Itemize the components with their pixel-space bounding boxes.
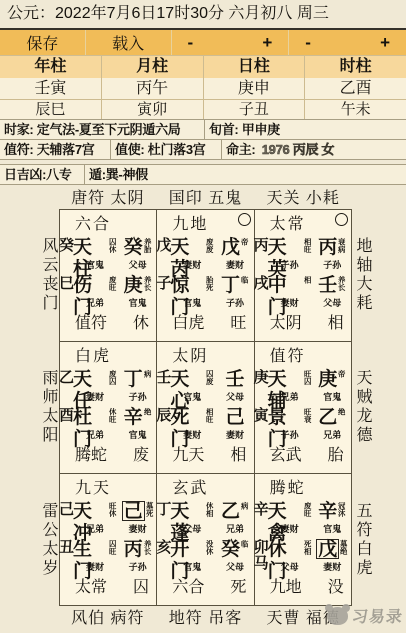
zhifu-info: 值符: 天辅落7宫: [0, 140, 111, 159]
state-annotation: 临: [241, 541, 248, 548]
star: 天任废 囚妻财: [73, 368, 117, 406]
relation-label: 官鬼: [129, 298, 147, 308]
palace-cell-7[interactable]: 九天己天冲旺 休兄弟己墓 死妻财丑生门囚 旺妻财丙养 长子孙太常囚: [60, 474, 156, 605]
star: 天心囚 废官鬼: [170, 368, 214, 406]
state-annotation: 墓 绝: [340, 541, 347, 555]
earth-stem-char: 壬: [318, 274, 337, 296]
earth-stem-char: 乙: [318, 406, 337, 428]
state-annotation: 胎 死: [206, 277, 213, 291]
info-row-1: 时家: 定气法-夏至下元阴遁六局 旬首: 甲申庚: [0, 120, 406, 140]
earth-stem-char: 丙: [124, 538, 143, 560]
pillar-stems: 乙酉: [305, 78, 406, 99]
relation-label: 子孙: [281, 430, 299, 440]
door-char: 惊门: [170, 274, 205, 318]
door: 惊门胎 死官鬼: [170, 274, 214, 312]
decrease-button-1[interactable]: -: [188, 30, 194, 55]
cell-line: 巳伤门废 旺兄弟庚养 长官鬼: [73, 274, 156, 312]
palace-cell-6[interactable]: 值符庚天辅旺 囚兄弟庚帝官鬼寅景门旺 衰子孙乙绝兄弟玄武胎: [255, 342, 351, 473]
bottom-god-state: 旺: [230, 314, 246, 333]
door-char: 中门: [268, 274, 303, 318]
bottom-god-state: 休: [133, 314, 149, 333]
cell-line: 子惊门胎 死官鬼丁临子孙: [170, 274, 253, 312]
pillar-branches: 寅卯: [102, 99, 203, 119]
datetime-bar: 公元：2022年7月6日17时30分 六月初八 周三: [0, 0, 406, 30]
relation-label: 父母: [183, 524, 201, 534]
palace-side-char: 子: [155, 275, 172, 291]
cell-line: 壬天心囚 废官鬼壬父母: [170, 368, 253, 406]
state-annotation: 养 胎: [144, 239, 151, 253]
earth-stem: 丙养 长子孙: [119, 538, 156, 576]
qimen-dunjia-app: 公元：2022年7月6日17时30分 六月初八 周三 保存 载入 - + - +…: [0, 0, 406, 633]
outer-gods-bottom-row: 风伯 病符 地符 吊客 天曹 福德: [59, 609, 352, 629]
bottom-god-state: 相: [230, 446, 246, 465]
mingzhu-value: 1976 丙辰 女: [262, 142, 334, 157]
earth-stem: 辛绝官鬼: [119, 406, 156, 444]
top-god-name: 太阴: [172, 347, 253, 368]
earth-stem-char: 庚: [124, 274, 143, 296]
state-annotation: 帝: [241, 239, 248, 246]
outer-gods-right-column: 地轴大耗 天贼龙德 五符白虎: [352, 209, 406, 606]
palace-side-char: 壬: [155, 369, 172, 385]
state-annotation: 旺 衰: [304, 409, 311, 423]
state-annotation: 休 相: [206, 503, 213, 517]
relation-label: 官鬼: [323, 392, 341, 402]
cell-line: 戌中门相妻财壬养 长父母: [268, 274, 351, 312]
increase-button-1[interactable]: +: [262, 30, 272, 55]
outer-god-label-top-2: 国印 五鬼: [157, 189, 255, 209]
outer-gods-left-column: 风云丧门 雨师太阳 雷公太岁: [0, 209, 59, 606]
heaven-stem-char: 己: [122, 501, 145, 521]
relation-label: 妻财: [281, 524, 299, 534]
state-annotation: 废 旺: [304, 503, 311, 517]
state-annotation: 绝: [338, 409, 345, 416]
pillar-branches: 子丑: [204, 99, 305, 119]
heaven-stem-char: 丙: [318, 236, 337, 258]
pillar-title: 时柱: [305, 56, 406, 78]
relation-label: 兄弟: [86, 430, 104, 440]
door: 生门囚 旺妻财: [73, 538, 117, 576]
cell-line: 卯 马休门死 相父母戊墓 绝妻财: [268, 538, 351, 576]
outer-god-label-top-1: 唐符 太阴: [59, 189, 157, 209]
door: 中门相妻财: [268, 274, 312, 312]
cell-line: 己天冲旺 休兄弟己墓 死妻财: [73, 500, 156, 538]
state-annotation: 病: [144, 371, 151, 378]
earth-stem-char: 戊: [316, 539, 339, 559]
day-pillar-column: 日柱 庚申 子丑: [204, 56, 306, 119]
star: 天禽废 旺妻财: [268, 500, 312, 538]
state-annotation: 绝: [144, 409, 151, 416]
bottom-god-state: 废: [133, 446, 149, 465]
state-annotation: 养 长: [144, 277, 151, 291]
cell-line: 乙天任废 囚妻财丁病子孙: [73, 368, 156, 406]
heaven-stem: 戊帝妻财: [216, 236, 253, 274]
door-char: 生门: [73, 538, 108, 582]
outer-god-label-left-3: 雷公太岁: [40, 502, 57, 578]
earth-stem: 己妻财: [216, 406, 253, 444]
top-god-name: 六合: [75, 215, 156, 236]
cell-line: 丁天蓬休 相父母乙病兄弟: [170, 500, 253, 538]
palace-side-char: 卯 马: [253, 539, 270, 571]
cell-line: 辛天禽废 旺妻财辛冠 沐官鬼: [268, 500, 351, 538]
relation-label: 子孙: [323, 260, 341, 270]
heaven-stem: 癸养 胎父母: [119, 236, 156, 274]
palace-side-char: 丑: [58, 539, 75, 555]
palace-grid: 六合癸天柱囚 休官鬼癸养 胎父母巳伤门废 旺兄弟庚养 长官鬼值符休九地戊天芮废 …: [59, 209, 352, 606]
door-char: 开门: [170, 538, 205, 582]
palace-side-char: 辛: [253, 501, 270, 517]
pillar-title: 月柱: [102, 56, 203, 78]
circle-marker-icon: [238, 213, 251, 226]
door: 杜门休 旺兄弟: [73, 406, 117, 444]
state-annotation: 冠 沐: [338, 503, 345, 517]
panda-logo-icon: [327, 607, 348, 625]
chart-middle-section: 风云丧门 雨师太阳 雷公太岁 六合癸天柱囚 休官鬼癸养 胎父母巳伤门废 旺兄弟庚…: [0, 209, 406, 606]
load-button[interactable]: 载入: [86, 30, 172, 55]
bottom-god-state: 死: [230, 578, 246, 597]
relation-label: 妻财: [226, 260, 244, 270]
top-god-name: 白虎: [75, 347, 156, 368]
state-annotation: 没 休: [206, 541, 213, 555]
relation-label: 父母: [226, 562, 244, 572]
relation-label: 妻财: [86, 392, 104, 402]
earth-stem: 戊墓 绝妻财: [314, 538, 351, 576]
state-annotation: 囚 旺: [109, 541, 116, 555]
outer-god-label-bottom-1: 风伯 病符: [59, 609, 157, 629]
earth-stem-char: 己: [225, 406, 244, 428]
relation-label: 官鬼: [86, 260, 104, 270]
hour-pillar-column: 时柱 乙酉 午未: [305, 56, 406, 119]
info-row-3: 日吉凶:八专 遁:巽-神假: [0, 164, 406, 185]
relation-label: 妻财: [129, 524, 147, 534]
dun-info: 遁:巽-神假: [85, 165, 406, 184]
relation-label: 子孙: [129, 562, 147, 572]
door: 休门死 相父母: [268, 538, 312, 576]
palace-cell-4[interactable]: 白虎乙天任废 囚妻财丁病子孙酉杜门休 旺兄弟辛绝官鬼腾蛇废: [60, 342, 156, 473]
pillar-stems: 庚申: [204, 78, 305, 99]
palace-side-char: 癸: [58, 237, 75, 253]
mingzhu-label: 命主:: [226, 142, 255, 157]
increase-button-2[interactable]: +: [380, 30, 390, 55]
outer-god-label-right-3: 五符白虎: [354, 502, 371, 578]
earth-stem-char: 癸: [221, 538, 240, 560]
zhishi-info: 值使: 杜门落3宫: [111, 140, 222, 159]
state-annotation: 相 旺: [304, 239, 311, 253]
earth-stem: 丁临子孙: [216, 274, 253, 312]
relation-label: 妻财: [183, 430, 201, 440]
state-annotation: 养 长: [338, 277, 345, 291]
heaven-stem: 丙衰 病子孙: [314, 236, 351, 274]
pillar-title: 日柱: [204, 56, 305, 78]
relation-label: 父母: [226, 392, 244, 402]
watermark: 习易录: [327, 604, 403, 627]
state-annotation: 囚 废: [206, 371, 213, 385]
bottom-god-state: 相: [328, 314, 344, 333]
top-god-name: 九天: [75, 479, 156, 500]
earth-stem: 壬养 长父母: [314, 274, 351, 312]
outer-god-label-top-3: 天关 小耗: [254, 189, 352, 209]
shijia-info: 时家: 定气法-夏至下元阴遁六局: [0, 120, 205, 139]
earth-stem-char: 丁: [221, 274, 240, 296]
door-char: 杜门: [73, 406, 108, 450]
state-annotation: 养 长: [144, 541, 151, 555]
heaven-stem-char: 辛: [318, 500, 337, 522]
heaven-stem-char: 壬: [225, 368, 244, 390]
door: 死门相 旺妻财: [170, 406, 214, 444]
star: 天芮废 废妻财: [170, 236, 214, 274]
heaven-stem: 己墓 死妻财: [119, 500, 156, 538]
heaven-stem-char: 庚: [318, 368, 337, 390]
palace-cell-1[interactable]: 六合癸天柱囚 休官鬼癸养 胎父母巳伤门废 旺兄弟庚养 长官鬼值符休: [60, 210, 156, 341]
relation-label: 子孙: [281, 260, 299, 270]
earth-stem: 乙绝兄弟: [314, 406, 351, 444]
outer-god-label-bottom-2: 地符 吊客: [157, 609, 255, 629]
palace-cell-3[interactable]: 太常丙天英相 旺子孙丙衰 病子孙戌中门相妻财壬养 长父母太阴相: [255, 210, 351, 341]
bottom-god-state: 没: [328, 578, 344, 597]
heaven-stem: 辛冠 沐官鬼: [314, 500, 351, 538]
xunshou-info: 旬首: 甲申庚: [205, 120, 406, 139]
palace-cell-5[interactable]: 太阴壬天心囚 废官鬼壬父母辰死门相 旺妻财己妻财九天相: [157, 342, 253, 473]
bottom-god-state: 胎: [328, 446, 344, 465]
relation-label: 妻财: [226, 430, 244, 440]
state-annotation: 相: [304, 277, 311, 284]
mingzhu-info: 命主: 1976 丙辰 女: [222, 140, 406, 159]
state-annotation: 旺 休: [109, 503, 116, 517]
cell-line: 亥开门没 休官鬼癸临父母: [170, 538, 253, 576]
palace-side-char: 巳: [58, 275, 75, 291]
relation-label: 兄弟: [86, 298, 104, 308]
relation-label: 妻财: [323, 562, 341, 572]
star: 天柱囚 休官鬼: [73, 236, 117, 274]
door-char: 景门: [268, 406, 303, 450]
state-annotation: 死 相: [304, 541, 311, 555]
font-size-control-1: - +: [172, 30, 290, 55]
palace-side-char: 丙: [253, 237, 270, 253]
palace-side-char: 寅: [253, 407, 270, 423]
rijixiong-info: 日吉凶:八专: [0, 165, 85, 184]
state-annotation: 囚 休: [109, 239, 116, 253]
palace-side-char: 己: [58, 501, 75, 517]
cell-line: 戊天芮废 废妻财戊帝妻财: [170, 236, 253, 274]
palace-side-char: 丁: [155, 501, 172, 517]
top-god-name: 玄武: [172, 479, 253, 500]
heaven-stem-char: 乙: [221, 500, 240, 522]
relation-label: 父母: [129, 260, 147, 270]
heaven-stem-char: 丁: [124, 368, 143, 390]
relation-label: 父母: [323, 298, 341, 308]
state-annotation: 废 囚: [109, 371, 116, 385]
relation-label: 官鬼: [183, 562, 201, 572]
heaven-stem: 乙病兄弟: [216, 500, 253, 538]
circle-marker-icon: [335, 213, 348, 226]
top-god-name: 值符: [270, 347, 351, 368]
relation-label: 子孙: [129, 392, 147, 402]
top-god-name: 腾蛇: [270, 479, 351, 500]
relation-label: 子孙: [226, 298, 244, 308]
relation-label: 官鬼: [183, 392, 201, 402]
heaven-stem: 庚帝官鬼: [314, 368, 351, 406]
palace-cell-8[interactable]: 玄武丁天蓬休 相父母乙病兄弟亥开门没 休官鬼癸临父母六合死: [157, 474, 253, 605]
state-annotation: 衰 病: [338, 239, 345, 253]
pillar-stems: 壬寅: [0, 78, 101, 99]
relation-label: 父母: [281, 562, 299, 572]
earth-stem-char: 辛: [124, 406, 143, 428]
star: 天英相 旺子孙: [268, 236, 312, 274]
heaven-stem: 壬父母: [216, 368, 253, 406]
door-char: 休门: [268, 538, 303, 582]
cell-line: 酉杜门休 旺兄弟辛绝官鬼: [73, 406, 156, 444]
state-annotation: 墓 死: [146, 503, 153, 517]
font-size-control-2: - +: [289, 30, 406, 55]
palace-side-char: 酉: [58, 407, 75, 423]
outer-god-label-right-2: 天贼龙德: [354, 369, 371, 445]
cell-line: 寅景门旺 衰子孙乙绝兄弟: [268, 406, 351, 444]
earth-stem: 癸临父母: [216, 538, 253, 576]
relation-label: 兄弟: [226, 524, 244, 534]
pillar-stems: 丙午: [102, 78, 203, 99]
outer-god-label-left-1: 风云丧门: [40, 237, 57, 313]
star: 天蓬休 相父母: [170, 500, 214, 538]
door: 开门没 休官鬼: [170, 538, 214, 576]
year-pillar-column: 年柱 壬寅 辰巳: [0, 56, 102, 119]
month-pillar-column: 月柱 丙午 寅卯: [102, 56, 204, 119]
pillar-branches: 辰巳: [0, 99, 101, 119]
state-annotation: 相 旺: [206, 409, 213, 423]
outer-gods-top-row: 唐符 太阴 国印 五鬼 天关 小耗: [59, 189, 352, 209]
info-row-2: 值符: 天辅落7宫 值使: 杜门落3宫 命主: 1976 丙辰 女: [0, 140, 406, 160]
palace-side-char: 戊: [155, 237, 172, 253]
heaven-stem-char: 戊: [221, 236, 240, 258]
cell-line: 丑生门囚 旺妻财丙养 长子孙: [73, 538, 156, 576]
heaven-stem-char: 癸: [124, 236, 143, 258]
earth-stem: 庚养 长官鬼: [119, 274, 156, 312]
outer-god-label-left-2: 雨师太阳: [40, 369, 57, 445]
palace-side-char: 戌: [253, 275, 270, 291]
palace-side-char: 乙: [58, 369, 75, 385]
bottom-god-state: 囚: [133, 578, 149, 597]
palace-side-char: 辰: [155, 407, 172, 423]
relation-label: 妻财: [281, 298, 299, 308]
cell-line: 辰死门相 旺妻财己妻财: [170, 406, 253, 444]
heaven-stem: 丁病子孙: [119, 368, 156, 406]
pillar-branches: 午未: [305, 99, 406, 119]
palace-side-char: 亥: [155, 539, 172, 555]
cell-line: 丙天英相 旺子孙丙衰 病子孙: [268, 236, 351, 274]
relation-label: 兄弟: [281, 392, 299, 402]
state-annotation: 废 废: [206, 239, 213, 253]
relation-label: 妻财: [183, 260, 201, 270]
outer-god-label-right-1: 地轴大耗: [354, 237, 371, 313]
star: 天冲旺 休兄弟: [73, 500, 117, 538]
relation-label: 官鬼: [183, 298, 201, 308]
state-annotation: 病: [241, 503, 248, 510]
watermark-text: 习易录: [351, 604, 404, 627]
state-annotation: 休 旺: [109, 409, 116, 423]
toolbar: 保存 载入 - + - +: [0, 30, 406, 56]
door: 景门旺 衰子孙: [268, 406, 312, 444]
relation-label: 兄弟: [323, 430, 341, 440]
palace-side-char: 庚: [253, 369, 270, 385]
relation-label: 妻财: [86, 562, 104, 572]
star: 天辅旺 囚兄弟: [268, 368, 312, 406]
palace-cell-2[interactable]: 九地戊天芮废 废妻财戊帝妻财子惊门胎 死官鬼丁临子孙白虎旺: [157, 210, 253, 341]
state-annotation: 废 旺: [109, 277, 116, 291]
door: 伤门废 旺兄弟: [73, 274, 117, 312]
relation-label: 官鬼: [129, 430, 147, 440]
cell-line: 庚天辅旺 囚兄弟庚帝官鬼: [268, 368, 351, 406]
relation-label: 兄弟: [86, 524, 104, 534]
door-char: 死门: [170, 406, 205, 450]
cell-line: 癸天柱囚 休官鬼癸养 胎父母: [73, 236, 156, 274]
four-pillars-table: 年柱 壬寅 辰巳 月柱 丙午 寅卯 日柱 庚申 子丑 时柱 乙酉 午未: [0, 56, 406, 120]
pillar-title: 年柱: [0, 56, 101, 78]
state-annotation: 临: [241, 277, 248, 284]
relation-label: 官鬼: [323, 524, 341, 534]
save-button[interactable]: 保存: [0, 30, 86, 55]
door-char: 伤门: [73, 274, 108, 318]
decrease-button-2[interactable]: -: [305, 30, 311, 55]
palace-cell-9[interactable]: 腾蛇辛天禽废 旺妻财辛冠 沐官鬼卯 马休门死 相父母戊墓 绝妻财九地没: [255, 474, 351, 605]
state-annotation: 帝: [338, 371, 345, 378]
state-annotation: 旺 囚: [304, 371, 311, 385]
